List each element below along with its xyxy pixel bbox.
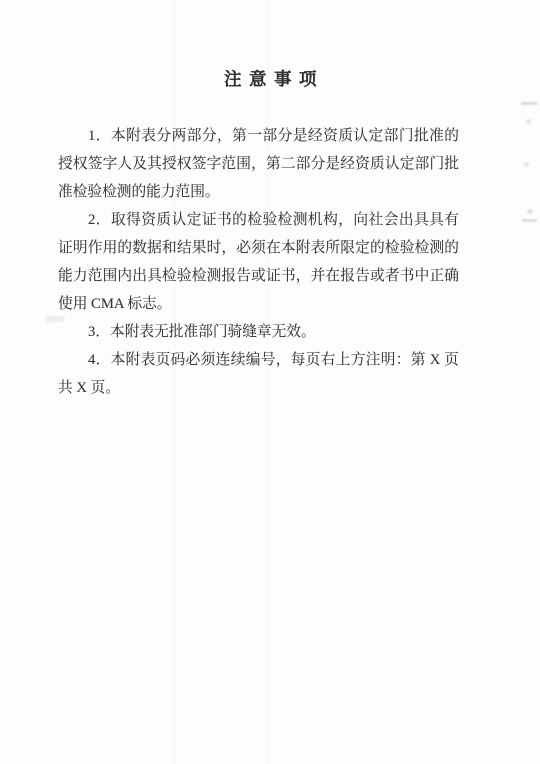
scan-artifact bbox=[526, 119, 531, 124]
paragraph-3: 3．本附表无批准部门骑缝章无效。 bbox=[58, 318, 459, 346]
page-title: 注意事项 bbox=[0, 66, 540, 91]
paragraph-line: 证明作用的数据和结果时，必须在本附表所限定的检验检测的 bbox=[58, 234, 459, 262]
paragraph-line: 1．本附表分两部分，第一部分是经资质认定部门批准的 bbox=[58, 122, 459, 150]
paragraph-line: 授权签字人及其授权签字范围，第二部分是经资质认定部门批 bbox=[58, 150, 459, 178]
paragraph-line: 3．本附表无批准部门骑缝章无效。 bbox=[58, 318, 459, 346]
paragraph-line: 使用 CMA 标志。 bbox=[58, 290, 459, 318]
scan-artifact bbox=[522, 219, 537, 222]
paragraph-line: 4．本附表页码必须连续编号，每页右上方注明：第 X 页 bbox=[58, 346, 459, 374]
scan-artifact bbox=[527, 209, 533, 214]
paragraph-line: 能力范围内出具检验检测报告或证书，并在报告或者书中正确 bbox=[58, 262, 459, 290]
scan-artifact bbox=[521, 102, 537, 105]
paragraph-4: 4．本附表页码必须连续编号，每页右上方注明：第 X 页 共 X 页。 bbox=[58, 346, 459, 402]
scan-artifact bbox=[524, 162, 529, 167]
paragraph-line: 2．取得资质认定证书的检验检测机构，向社会出具具有 bbox=[58, 206, 459, 234]
paragraph-2: 2．取得资质认定证书的检验检测机构，向社会出具具有 证明作用的数据和结果时，必须… bbox=[58, 206, 459, 318]
scanned-document-page: 注意事项 1．本附表分两部分，第一部分是经资质认定部门批准的 授权签字人及其授权… bbox=[0, 0, 540, 764]
notice-text-block: 1．本附表分两部分，第一部分是经资质认定部门批准的 授权签字人及其授权签字范围，… bbox=[58, 122, 459, 402]
paragraph-line: 共 X 页。 bbox=[58, 374, 459, 402]
paragraph-1: 1．本附表分两部分，第一部分是经资质认定部门批准的 授权签字人及其授权签字范围，… bbox=[58, 122, 459, 206]
paragraph-line: 准检验检测的能力范围。 bbox=[58, 178, 459, 206]
